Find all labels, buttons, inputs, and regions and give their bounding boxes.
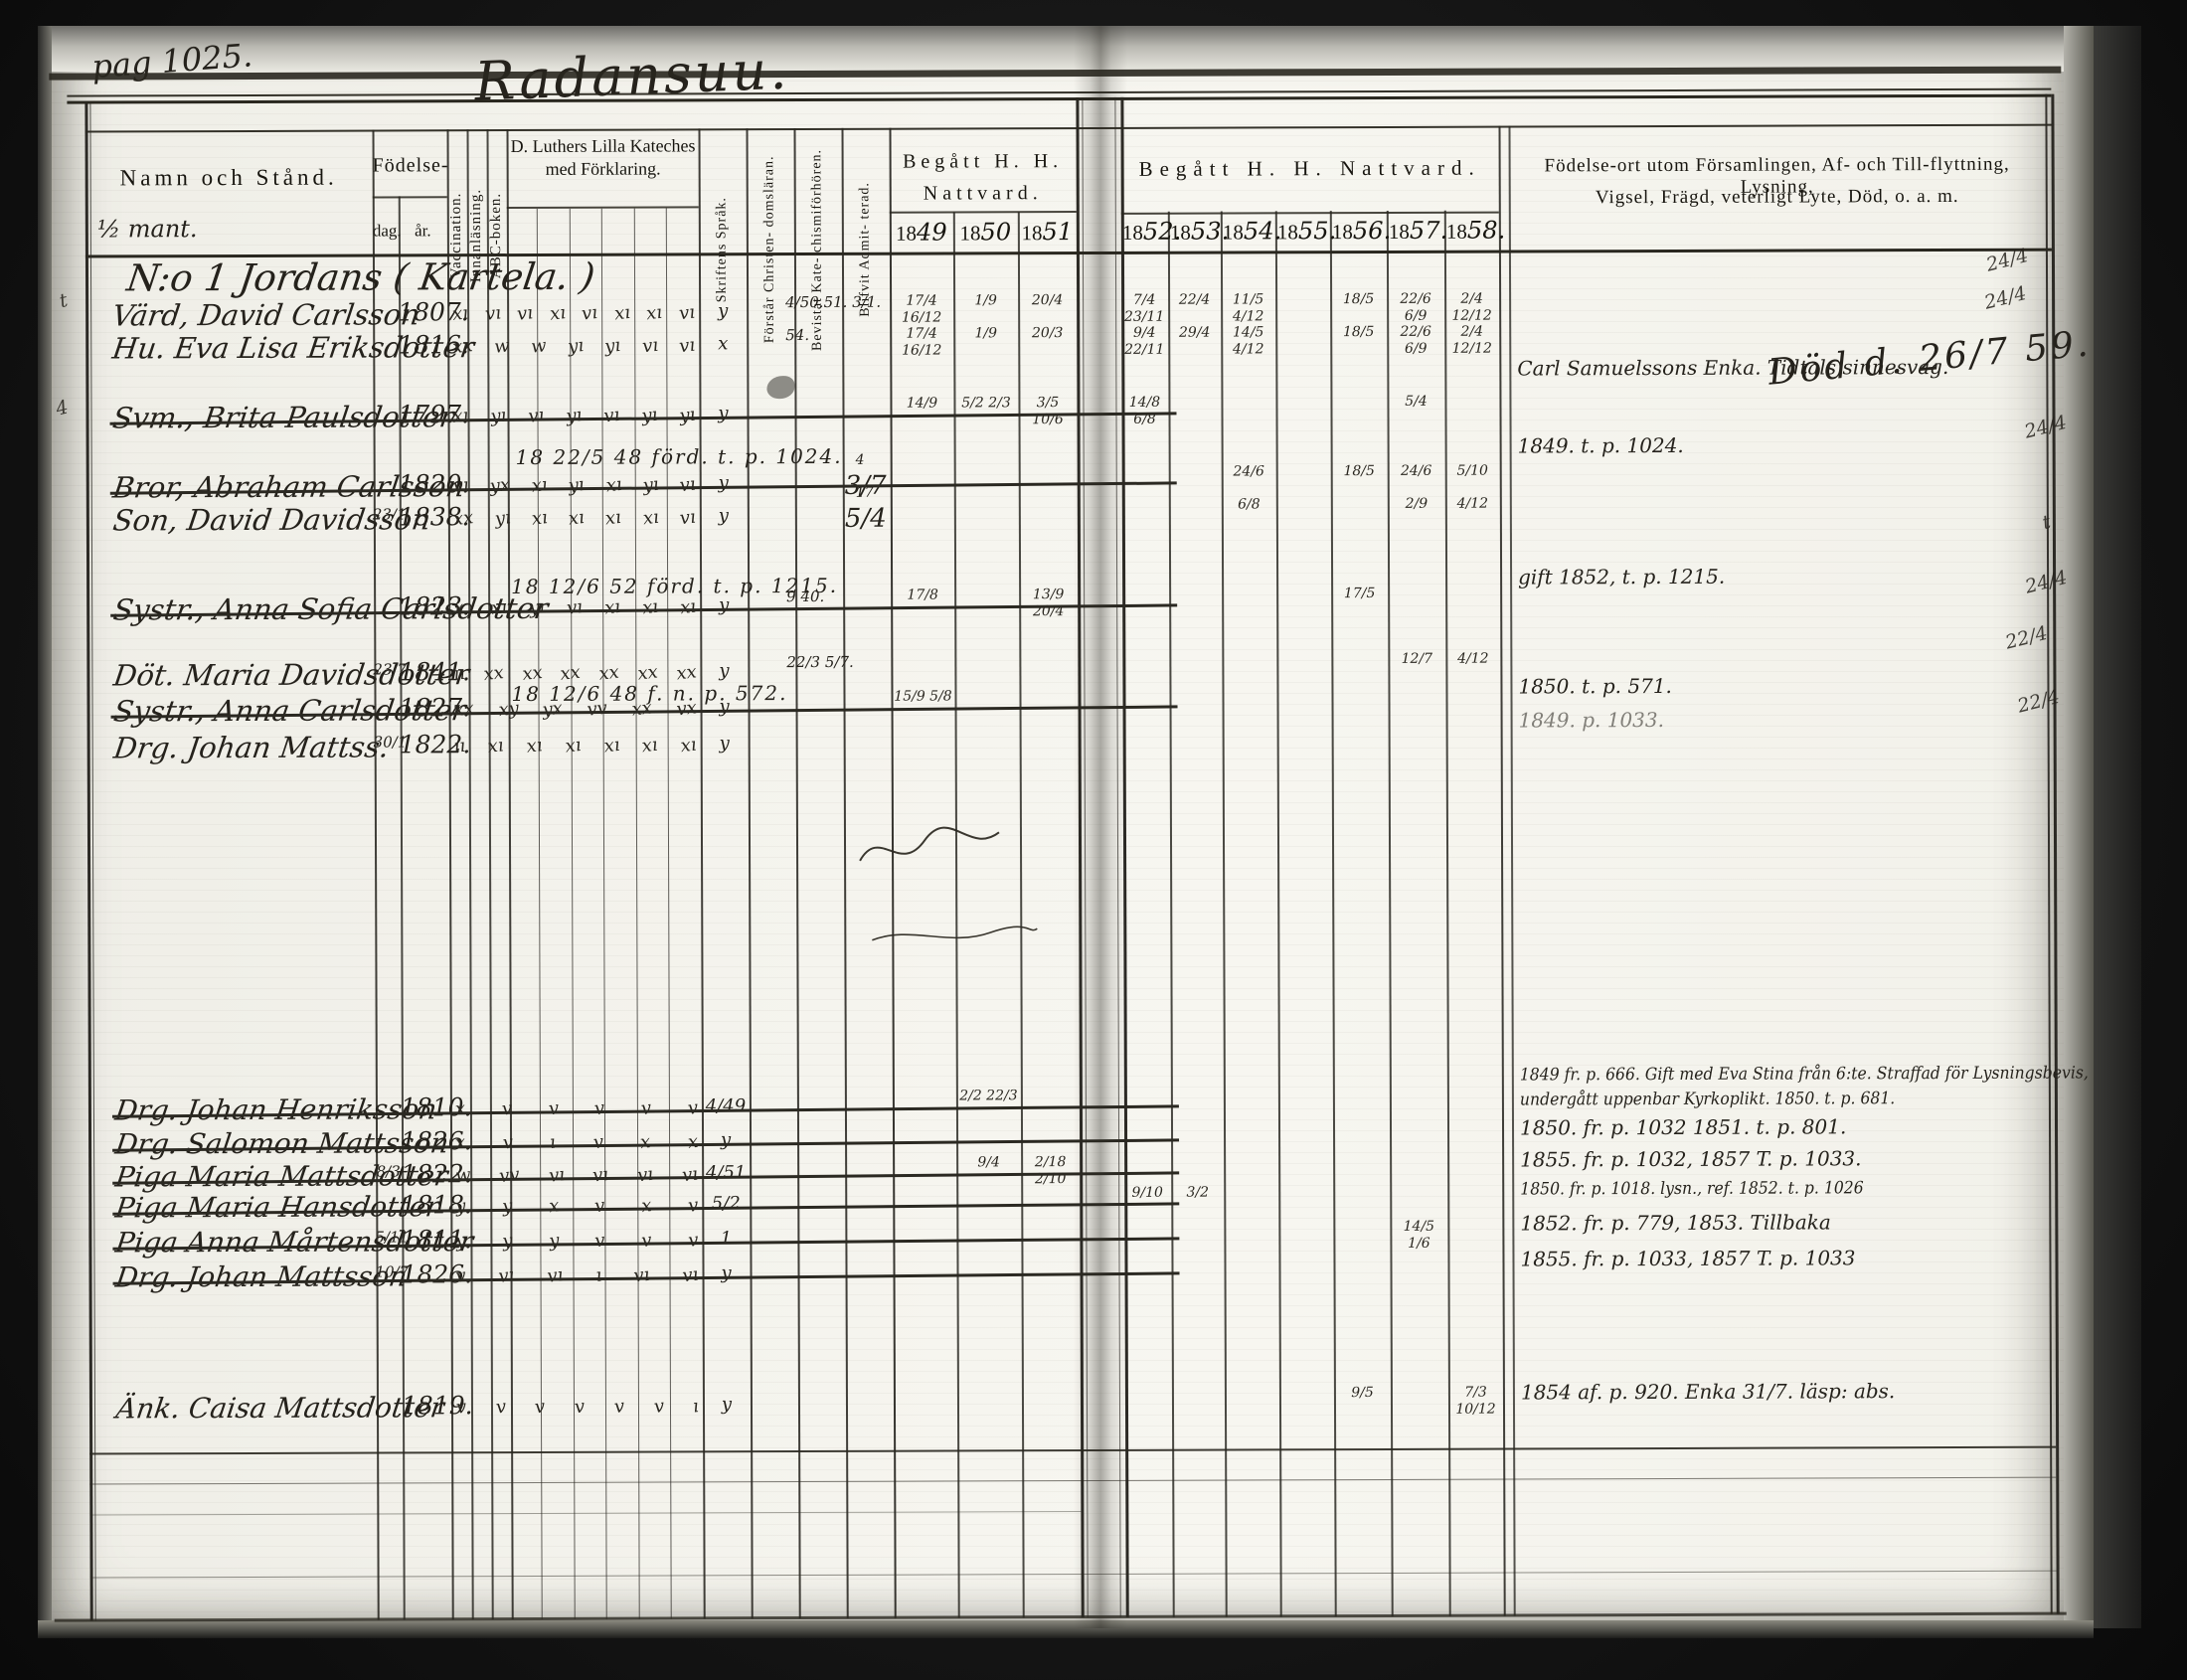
communion-date-1849: 17/4 16/12 — [892, 292, 951, 326]
bevistat-mark: 22/3 5/7. — [786, 653, 888, 671]
table-rule-horizontal — [890, 211, 1077, 213]
bevistat-mark: 4/50.51. 3/1. — [785, 293, 887, 311]
pen-scribble — [855, 820, 1004, 881]
column-header-communion-right: Begått H. H. Nattvard. — [1121, 156, 1499, 182]
communion-date-1851: 2/18 2/10 — [1023, 1154, 1078, 1188]
communion-date-1854: 11/5 4/12 — [1223, 291, 1273, 325]
communion-date-1850: 1/9 — [955, 325, 1016, 342]
reading-marks: xıyıvıyıvıyıyı — [452, 405, 695, 426]
communion-date-1849: 15/9 5/8 — [893, 688, 952, 705]
year-header-1857: 1857. — [1389, 217, 1442, 245]
kateches-annotation: 18 12/6 52 förd. t. p. 1215. — [511, 576, 838, 596]
birth-year: 1810. — [401, 1094, 454, 1119]
table-rule-horizontal — [89, 1477, 2056, 1485]
birth-day: 30/1 — [374, 735, 401, 750]
skriftens-sprak-mark: 5/2 — [703, 1195, 749, 1213]
birth-day: 8/3 — [375, 1164, 402, 1179]
communion-date-1857: 14/5 1/6 — [1392, 1219, 1445, 1253]
migration-note: 1849. p. 1033. — [1519, 710, 1664, 731]
birth-day: 23/7 — [373, 662, 400, 677]
year-header-1855: 1855. — [1277, 217, 1328, 245]
year-header-1856: 1856. — [1332, 217, 1385, 245]
table-rule-horizontal — [55, 1612, 2067, 1622]
birth-year: 1816. — [398, 332, 451, 357]
communion-date-1858: 2/4 12/12 — [1446, 324, 1497, 358]
communion-date-1857: 5/4 — [1389, 394, 1442, 411]
birth-year: 1820. — [399, 471, 452, 496]
communion-date-1853: 22/4 — [1170, 292, 1219, 309]
communion-date-1852: 9/10 — [1125, 1185, 1169, 1202]
table-rule-vertical — [1221, 212, 1227, 1617]
reading-marks: vvvvvvı — [456, 1396, 699, 1418]
year-header-1853: 1853. — [1170, 218, 1219, 246]
communion-date-1853: 3/2 — [1173, 1185, 1222, 1202]
margin-scribble: 24/4 — [2023, 414, 2069, 442]
row-name: Värd, David Carlsson — [110, 300, 421, 330]
skriftens-sprak-mark: y — [703, 1264, 749, 1282]
skriftens-sprak-mark: y — [703, 1131, 749, 1149]
column-header-birth: Födelse- — [373, 154, 447, 177]
migration-note: 1849. t. p. 1024. — [1518, 435, 1684, 456]
birth-day: 23/1 — [373, 507, 400, 522]
communion-date-1849: 17/8 — [893, 587, 952, 603]
row-name: Piga Maria Hansdotter — [113, 1193, 440, 1222]
table-rule-horizontal — [507, 206, 699, 208]
skriftens-sprak-mark: y — [700, 405, 746, 422]
birth-year: 1811. — [401, 1227, 454, 1252]
communion-date-1857: 22/6 6/9 — [1389, 324, 1442, 358]
skriftens-sprak-mark: 4/49 — [703, 1097, 749, 1115]
birth-year: 1818. — [401, 1192, 454, 1217]
margin-scribble: 24/4 — [1982, 284, 2028, 313]
table-rule-horizontal — [1121, 212, 1499, 215]
kateches-annotation: 18 12/6 48 f. n. p. 572. — [511, 683, 787, 704]
reading-marks: x.xıyıvıxıxıxı — [453, 596, 696, 618]
table-rule-vertical — [1387, 211, 1393, 1616]
communion-date-1857: 22/6 6/9 — [1389, 291, 1442, 325]
communion-date-1850: 9/4 — [958, 1154, 1019, 1171]
row-name: Änk. Caisa Mattsdotter — [114, 1394, 445, 1423]
communion-date-1854: 6/8 — [1224, 496, 1274, 513]
skriftens-sprak-mark: y — [700, 302, 746, 320]
reading-marks: ııxıxıxıxıxıxı — [454, 735, 697, 756]
table-rule-vertical — [1168, 212, 1174, 1617]
column-header-birth-day: dag. — [373, 221, 399, 241]
communion-date-1858: 5/10 — [1447, 463, 1498, 480]
communion-date-1851: 13/9 20/4 — [1021, 587, 1076, 620]
communion-date-1854: 14/5 4/12 — [1223, 324, 1273, 358]
column-header-notes-line2: Vigsel, Frägd, veterligt Lyte, Död, o. a… — [1509, 186, 2046, 210]
table-rule-vertical — [1114, 97, 1121, 1617]
communion-date-1850: 1/9 — [955, 292, 1016, 309]
communion-date-1851: 3/5 10/6 — [1020, 395, 1075, 428]
margin-scribble: 4 — [54, 398, 70, 419]
birth-year: 1826. — [401, 1128, 454, 1153]
migration-note: gift 1852, t. p. 1215. — [1518, 567, 1725, 588]
admitterad-mark-sup: 17 — [856, 486, 874, 500]
communion-date-1851: 20/3 — [1020, 325, 1075, 342]
migration-note: 1855. fr. p. 1032, 1857 T. p. 1033. — [1520, 1148, 1861, 1169]
reading-marks: xvvvvv — [455, 1097, 698, 1119]
birth-year: 1822. — [400, 732, 453, 756]
column-header-communion-left: Begått H. H. Nattvard. — [890, 145, 1077, 210]
migration-note: undergått uppenbar Kyrkoplikt. 1850. t. … — [1520, 1091, 1895, 1108]
communion-date-1851: 20/4 — [1020, 292, 1075, 309]
column-header-birth-year: år. — [399, 221, 447, 241]
skriftens-sprak-mark: y — [701, 596, 747, 614]
year-header-1849: 1849 — [892, 218, 951, 246]
communion-date-1857: 24/6 — [1390, 463, 1443, 480]
reading-marks: vıyxxıyıxıyıvı — [453, 474, 696, 496]
communion-date-1849: 17/4 16/12 — [892, 325, 951, 359]
communion-date-1858: 4/12 — [1447, 496, 1498, 513]
birth-year: 1797. — [398, 402, 451, 426]
migration-note: 1852. fr. p. 779, 1853. Tillbaka — [1520, 1212, 1830, 1233]
row-name: Drg. Johan Mattsson — [114, 1262, 410, 1291]
birth-year: 1841. — [399, 659, 452, 684]
skriftens-sprak-mark: y — [701, 474, 747, 492]
reading-marks: yyyvvv — [455, 1230, 698, 1252]
column-header-name: Namn och Stånd. — [85, 165, 373, 192]
reading-marks: xıvıvıxıvıxıxıvı — [452, 302, 695, 324]
table-rule-horizontal — [89, 1446, 2056, 1455]
table-rule-horizontal — [85, 124, 2052, 133]
skriftens-sprak-mark: x — [700, 335, 746, 353]
table-rule-horizontal — [89, 1511, 1081, 1515]
skriftens-sprak-mark: 1 — [703, 1230, 749, 1248]
margin-scribble: t — [58, 291, 70, 311]
row-name: Drg. Johan Mattss. — [112, 733, 391, 762]
birth-year: 1823. — [399, 593, 452, 618]
reading-marks: vvıvııvıvı — [455, 1264, 698, 1286]
row-name: Drg. Johan Henriksson — [113, 1095, 438, 1124]
year-header-1850: 1850 — [955, 218, 1016, 246]
communion-date-1856: 17/5 — [1333, 586, 1386, 602]
communion-date-1856: 18/5 — [1333, 463, 1386, 480]
year-header-1858: 1858. — [1446, 217, 1497, 245]
communion-date-1853: 29/4 — [1170, 325, 1219, 342]
migration-note: 1849 fr. p. 666. Gift med Eva Stina från… — [1520, 1066, 2089, 1085]
birth-year: 1807. — [398, 299, 451, 324]
table-rule-vertical — [1508, 126, 1515, 1616]
migration-note: 1854 af. p. 920. Enka 31/7. läsp: abs. — [1521, 1381, 1895, 1402]
communion-date-1857: 2/9 — [1390, 496, 1443, 513]
kateches-annotation: 18 22/5 48 förd. t. p. 1024. — [516, 446, 843, 467]
admitterad-mark-sup: 4 — [856, 453, 865, 467]
birth-year: 1822. — [401, 1161, 454, 1186]
birth-year: 1819. — [402, 1393, 455, 1418]
margin-scribble: 24/4 — [2023, 569, 2069, 597]
skriftens-sprak-mark: y — [702, 735, 748, 753]
communion-date-1852: 7/4 23/11 — [1122, 292, 1166, 326]
bevistat-mark: 54. — [785, 326, 887, 344]
communion-date-1858: 7/3 10/12 — [1450, 1385, 1501, 1419]
reading-marks: wvvvıvıvıvı — [455, 1164, 698, 1186]
birth-day: 5/11 — [375, 1230, 402, 1245]
scanned-register-spread: pag 1025. Radansuu. Namn och Stånd. ½ ma… — [0, 0, 2187, 1680]
margin-scribble: 22/4 — [2004, 624, 2050, 653]
margin-scribble: t — [2041, 513, 2053, 533]
communion-date-1856: 9/5 — [1336, 1385, 1389, 1402]
communion-date-1852: 9/4 22/11 — [1122, 325, 1166, 359]
skriftens-sprak-mark: y — [701, 507, 747, 525]
table-rule-horizontal — [90, 1571, 2057, 1579]
communion-date-1850: 5/2 2/3 — [955, 395, 1016, 412]
reading-marks: xxyıxıxıxıxıvı — [453, 507, 696, 529]
skriftens-sprak-mark: y — [704, 1396, 750, 1414]
reading-marks: xxwwyıyıvıvı — [452, 335, 695, 357]
birth-year: 1827. — [399, 695, 452, 720]
table-rule-vertical — [1330, 211, 1336, 1616]
communion-date-1856: 18/5 — [1332, 324, 1385, 341]
communion-date-1849: 14/9 — [892, 395, 951, 412]
migration-note: 1855. fr. p. 1033, 1857 T. p. 1033 — [1520, 1248, 1855, 1268]
communion-date-1854: 24/6 — [1224, 463, 1274, 480]
skriftens-sprak-mark: y — [701, 662, 747, 680]
birth-year: 1838. — [399, 504, 452, 529]
admitterad-mark: 5/4 — [845, 506, 887, 532]
death-note: Död d. 26/7 59. — [1766, 326, 2092, 391]
mantal-note: ½ mant. — [97, 217, 198, 241]
migration-note: 1850. t. p. 571. — [1518, 676, 1671, 697]
communion-date-1857: 12/7 — [1390, 651, 1443, 668]
year-header-1851: 1851 — [1020, 218, 1075, 246]
birth-year: 1826. — [401, 1261, 454, 1286]
table-rule-horizontal — [373, 196, 447, 198]
birth-day: 10/7 — [375, 1264, 402, 1279]
table-rule-vertical — [1275, 211, 1281, 1616]
migration-note: 1850. fr. p. 1018. lysn., ref. 1852. t. … — [1520, 1180, 1863, 1198]
skriftens-sprak-mark: 4/51 — [703, 1164, 749, 1182]
communion-date-1858: 4/12 — [1447, 651, 1498, 668]
communion-date-1858: 2/4 12/12 — [1446, 291, 1497, 325]
household-heading: N:o 1 Jordans ( Kartela. ) — [124, 258, 596, 297]
reading-marks: xvıvxx — [455, 1131, 698, 1153]
communion-date-1856: 18/5 — [1332, 291, 1385, 308]
table-rule-vertical — [2051, 94, 2059, 1614]
year-header-1854: 1854. — [1223, 217, 1273, 245]
column-header-kateches: D. Luthers Lilla Kateches med Förklaring… — [509, 134, 698, 180]
table-rule-horizontal — [49, 67, 2061, 81]
communion-date-1850: 2/2 22/3 — [958, 1088, 1019, 1104]
migration-note: 1850. fr. p. 1032 1851. t. p. 801. — [1520, 1116, 1846, 1137]
ink-smudge — [766, 376, 794, 399]
reading-marks: yyxvxv — [455, 1195, 698, 1217]
year-header-1852: 1852. — [1122, 218, 1166, 246]
